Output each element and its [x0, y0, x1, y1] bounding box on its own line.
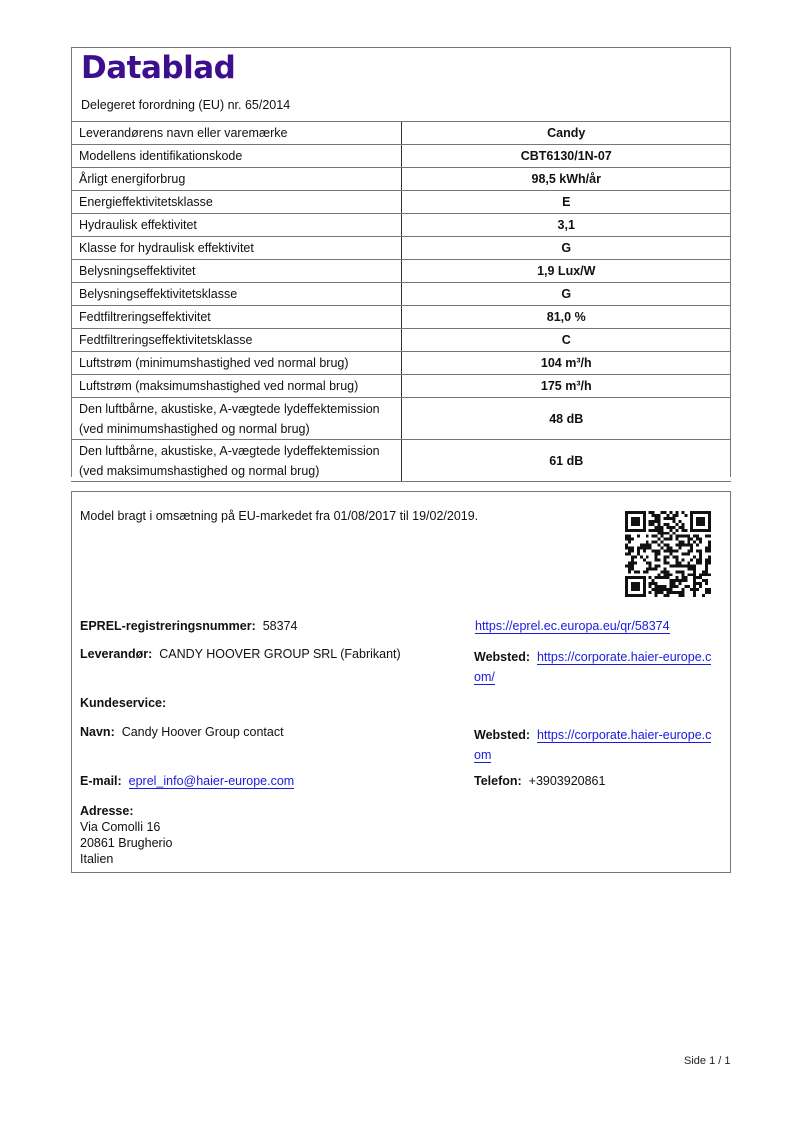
- cs-website-link-continued[interactable]: om: [474, 748, 491, 763]
- contact-name-row: Navn: Candy Hoover Group contact: [80, 725, 284, 739]
- email-row: E-mail: eprel_info@haier-europe.com: [80, 774, 294, 788]
- address-street: Via Comolli 16: [80, 819, 172, 835]
- spec-value: 3,1: [401, 214, 731, 237]
- spec-label: Belysningseffektivitet: [71, 260, 401, 283]
- spec-value: G: [401, 283, 731, 306]
- spec-row: BelysningseffektivitetsklasseG: [71, 283, 731, 306]
- spec-row: Modellens identifikationskodeCBT6130/1N-…: [71, 145, 731, 168]
- spec-label: Luftstrøm (maksimumshastighed ved normal…: [71, 375, 401, 398]
- spec-table: Leverandørens navn eller varemærkeCandyM…: [71, 121, 731, 482]
- eprel-label: EPREL-registreringsnummer:: [80, 619, 256, 633]
- eprel-link[interactable]: https://eprel.ec.europa.eu/qr/58374: [475, 619, 670, 634]
- spec-value: 1,9 Lux/W: [401, 260, 731, 283]
- spec-row: EnergieffektivitetsklasseE: [71, 191, 731, 214]
- supplier-website-label: Websted:: [474, 650, 530, 664]
- supplier-name: CANDY HOOVER GROUP SRL (Fabrikant): [159, 647, 401, 661]
- address-country: Italien: [80, 851, 172, 867]
- spec-value: 61 dB: [401, 440, 731, 482]
- datasheet-section: Datablad Delegeret forordning (EU) nr. 6…: [71, 47, 731, 477]
- phone-number: +3903920861: [529, 774, 606, 788]
- supplier-website-link-continued[interactable]: om/: [474, 670, 495, 685]
- spec-label-line: Den luftbårne, akustiske, A-vægtede lyde…: [79, 441, 393, 461]
- page-indicator: Side 1 / 1: [684, 1055, 730, 1067]
- page-title: Datablad: [81, 50, 235, 86]
- spec-value: C: [401, 329, 731, 352]
- spec-value: CBT6130/1N-07: [401, 145, 731, 168]
- spec-value: Candy: [401, 122, 731, 145]
- regulation-subtitle: Delegeret forordning (EU) nr. 65/2014: [81, 98, 290, 112]
- contact-name-label: Navn:: [80, 725, 115, 739]
- supplier-label: Leverandør:: [80, 647, 152, 661]
- spec-label-line: (ved maksimumshastighed og normal brug): [79, 461, 393, 481]
- supplier-website-link[interactable]: https://corporate.haier-europe.c: [537, 650, 711, 665]
- spec-row: Fedtfiltreringseffektivitet81,0 %: [71, 306, 731, 329]
- phone-row: Telefon: +3903920861: [474, 774, 605, 788]
- spec-value: 98,5 kWh/år: [401, 168, 731, 191]
- spec-label: Fedtfiltreringseffektivitet: [71, 306, 401, 329]
- spec-label: Hydraulisk effektivitet: [71, 214, 401, 237]
- qr-code-icon[interactable]: [625, 511, 711, 597]
- spec-label-line: (ved minimumshastighed og normal brug): [79, 419, 393, 439]
- address-city: 20861 Brugherio: [80, 835, 172, 851]
- spec-value: G: [401, 237, 731, 260]
- spec-label: Årligt energiforbrug: [71, 168, 401, 191]
- spec-row: Luftstrøm (minimumshastighed ved normal …: [71, 352, 731, 375]
- spec-value: 104 m³/h: [401, 352, 731, 375]
- spec-row: Hydraulisk effektivitet3,1: [71, 214, 731, 237]
- spec-label-line: Den luftbårne, akustiske, A-vægtede lyde…: [79, 399, 393, 419]
- phone-label: Telefon:: [474, 774, 522, 788]
- registration-section: Model bragt i omsætning på EU-markedet f…: [71, 491, 731, 873]
- spec-label: Den luftbårne, akustiske, A-vægtede lyde…: [71, 440, 401, 482]
- supplier-website-row: Websted: https://corporate.haier-europe.…: [474, 647, 711, 687]
- customer-service-heading: Kundeservice:: [80, 696, 166, 710]
- spec-label: Energieffektivitetsklasse: [71, 191, 401, 214]
- spec-value: E: [401, 191, 731, 214]
- supplier-row: Leverandør: CANDY HOOVER GROUP SRL (Fabr…: [80, 647, 401, 661]
- spec-row: Belysningseffektivitet1,9 Lux/W: [71, 260, 731, 283]
- spec-row: Den luftbårne, akustiske, A-vægtede lyde…: [71, 398, 731, 440]
- cs-website-link[interactable]: https://corporate.haier-europe.c: [537, 728, 711, 743]
- address-label: Adresse:: [80, 803, 172, 819]
- spec-label: Modellens identifikationskode: [71, 145, 401, 168]
- spec-row: Luftstrøm (maksimumshastighed ved normal…: [71, 375, 731, 398]
- spec-label: Den luftbårne, akustiske, A-vægtede lyde…: [71, 398, 401, 440]
- eprel-number: 58374: [263, 619, 298, 633]
- spec-row: Den luftbårne, akustiske, A-vægtede lyde…: [71, 440, 731, 482]
- spec-label: Klasse for hydraulisk effektivitet: [71, 237, 401, 260]
- address-block: Adresse: Via Comolli 16 20861 Brugherio …: [80, 803, 172, 867]
- spec-label: Fedtfiltreringseffektivitetsklasse: [71, 329, 401, 352]
- spec-row: Leverandørens navn eller varemærkeCandy: [71, 122, 731, 145]
- cs-website-row: Websted: https://corporate.haier-europe.…: [474, 725, 711, 765]
- spec-row: Klasse for hydraulisk effektivitetG: [71, 237, 731, 260]
- email-label: E-mail:: [80, 774, 122, 788]
- spec-value: 48 dB: [401, 398, 731, 440]
- contact-name: Candy Hoover Group contact: [122, 725, 284, 739]
- spec-label: Leverandørens navn eller varemærke: [71, 122, 401, 145]
- spec-value: 81,0 %: [401, 306, 731, 329]
- spec-label: Belysningseffektivitetsklasse: [71, 283, 401, 306]
- market-dates-text: Model bragt i omsætning på EU-markedet f…: [80, 509, 478, 523]
- spec-row: FedtfiltreringseffektivitetsklasseC: [71, 329, 731, 352]
- spec-row: Årligt energiforbrug98,5 kWh/år: [71, 168, 731, 191]
- spec-value: 175 m³/h: [401, 375, 731, 398]
- spec-label: Luftstrøm (minimumshastighed ved normal …: [71, 352, 401, 375]
- cs-website-label: Websted:: [474, 728, 530, 742]
- eprel-row: EPREL-registreringsnummer: 58374: [80, 619, 297, 633]
- email-link[interactable]: eprel_info@haier-europe.com: [129, 774, 295, 789]
